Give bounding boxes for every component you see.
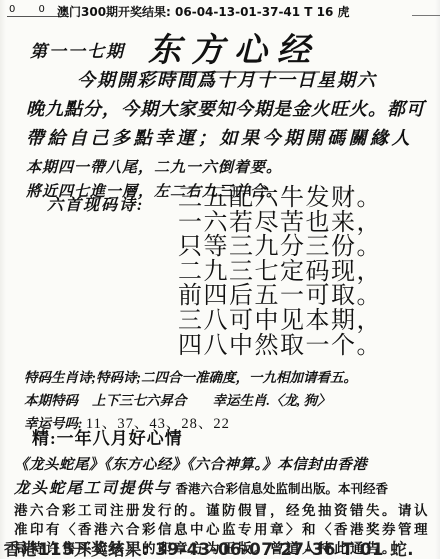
verse-line: 二九三七定码现， <box>178 260 382 285</box>
issue-number: 第一一七期 <box>30 37 125 62</box>
hk-result-text: 香港115开奖结果: 39-43-06-07-27-36 T 01 蛇. <box>4 540 414 559</box>
series-titles-line: 《龙头蛇尾》《东方心经》《六合神算。》本信封由香港 <box>14 453 432 474</box>
mood-line: 精:一年八月好心情 <box>14 424 432 449</box>
intro-line: 本期四一帶八尾，二九一六倒着要。 <box>26 156 428 177</box>
top-rule-line <box>412 15 440 16</box>
intro-paragraph: 今期開彩時間爲十月十一日星期六 晚九點分，今期大家要知今期是金火旺火。都可 帶給… <box>26 66 428 204</box>
intro-line: 帶給自己多點幸運；如果今期開碼關緣人 <box>26 124 428 150</box>
hk-result-row: 香港115开奖结果: 39-43-06-07-27-36 T 01 蛇. <box>4 536 440 559</box>
title-row: 第一一七期 东方心经 <box>0 27 440 63</box>
verse-lines: 三五配六牛发财。 一六若尽苦也来， 只等三九分三份。 二九三七定码现， 前四后五… <box>178 186 382 358</box>
verse-line: 三五配六牛发财。 <box>178 186 382 211</box>
verse-line: 前四后五一可取。 <box>178 284 382 309</box>
macau-result-text: 澳门300期开奖结果: 06-04-13-01-37-41 T 16 虎 <box>57 3 350 20</box>
tema-label: 本期特码 <box>24 393 78 408</box>
tip-sheet-page: 0 0 澳门300期开奖结果: 06-04-13-01-37-41 T 16 虎… <box>0 0 440 559</box>
zodiac-value: 〈龙, 狗〉 <box>270 393 331 408</box>
provider-line: 龙头蛇尾工司提供与 香港六合彩信息处监制出版。本刊经香 <box>14 476 432 498</box>
intro-line: 今期開彩時間爲十月十一日星期六 <box>26 66 428 92</box>
tema-value: 上下三七六昇合 <box>92 393 187 408</box>
zodiac-label: 幸运生肖. <box>213 393 270 408</box>
macau-result-row: 0 0 澳门300期开奖结果: 06-04-13-01-37-41 T 16 虎 <box>0 3 440 19</box>
notice-line: 港六合彩工司注册发行的。谨防假冒，经免抽资错失。请认 <box>14 501 432 520</box>
verse-line: 四八中然取一个。 <box>178 334 382 359</box>
verse-line: 只等三九分三份。 <box>178 235 382 260</box>
provider-note: 香港六合彩信息处监制出版。本刊经香 <box>176 482 389 496</box>
scan-dash-mark <box>4 545 12 546</box>
tema-poem: 特码生肖诗;特码诗;二四合一准确度，一九相加请看五。 <box>24 366 432 386</box>
verse-line: 一六若尽苦也来， <box>178 211 382 236</box>
provider-name: 龙头蛇尾工司提供与 <box>14 480 172 497</box>
intro-line: 晚九點分，今期大家要知今期是金火旺火。都可 <box>26 95 428 121</box>
verse-label: 六首现码诗: <box>47 192 144 215</box>
verse-line: 三八可中见本期， <box>178 309 382 334</box>
tema-row: 本期特码上下三七六昇合幸运生肖.〈龙, 狗〉 <box>24 389 432 409</box>
